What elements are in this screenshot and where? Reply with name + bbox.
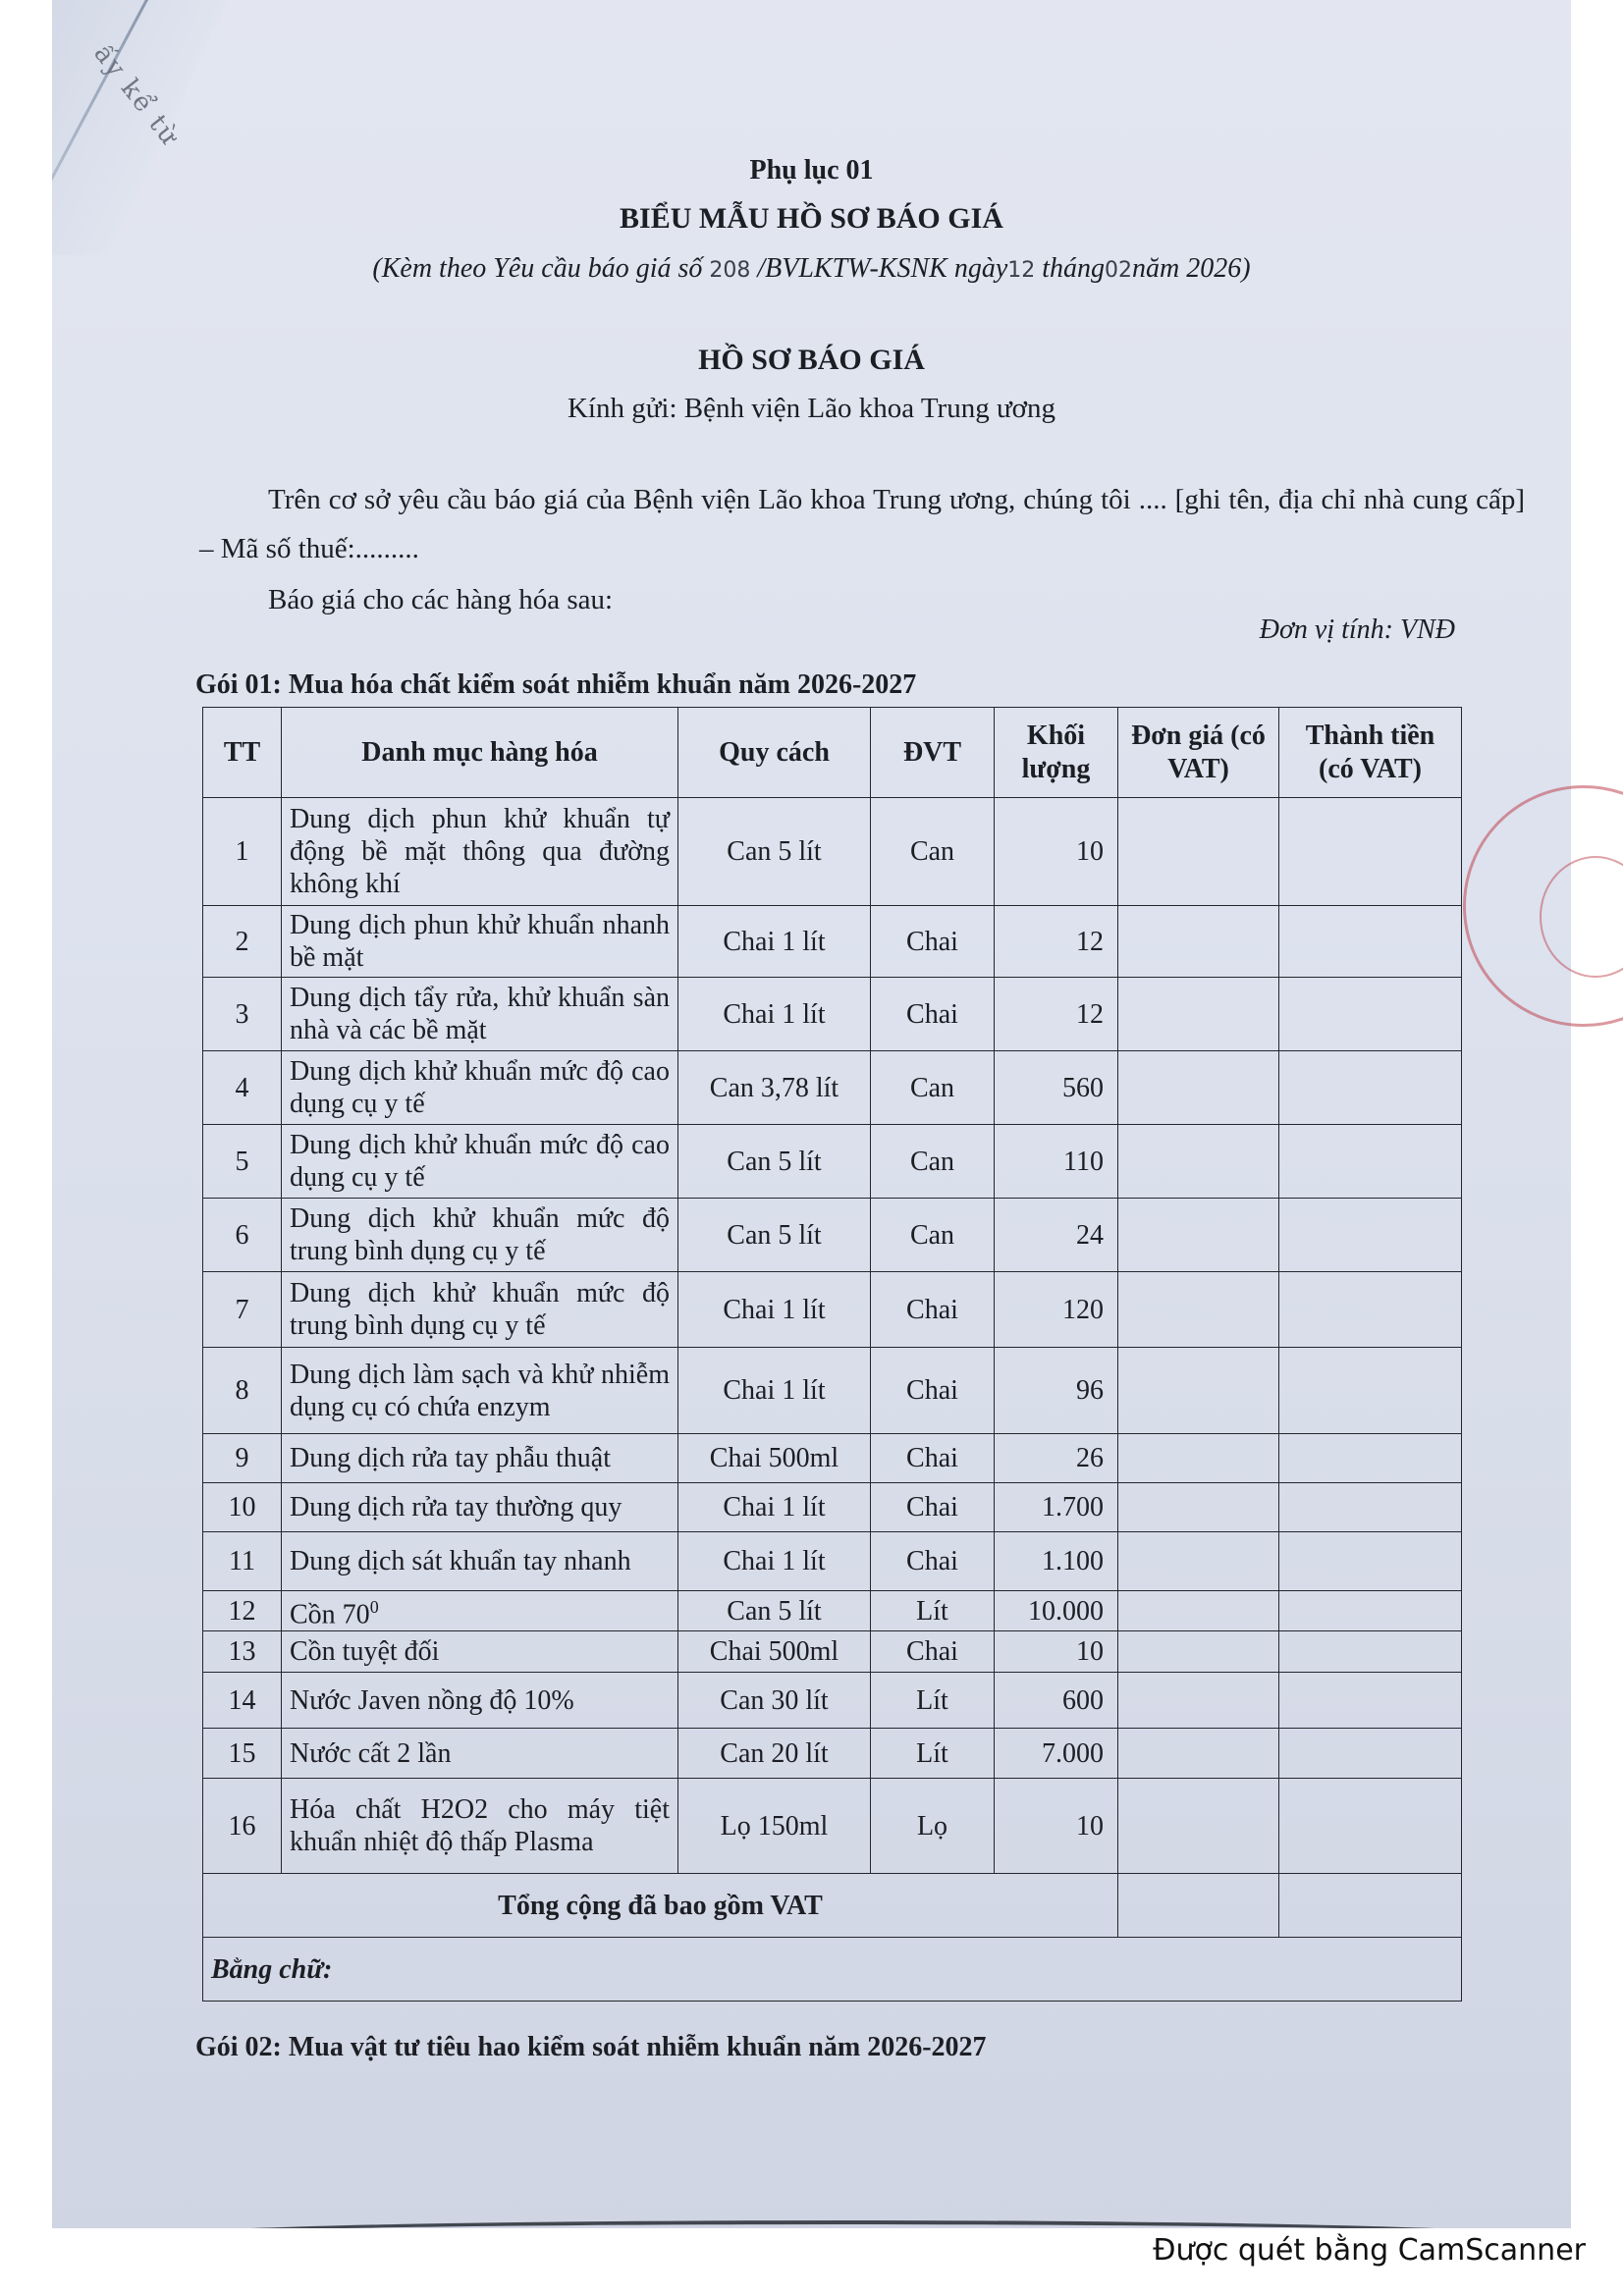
goods-name: Cồn tuyệt đối <box>282 1631 678 1673</box>
quantity: 10 <box>995 1779 1118 1874</box>
col-header-quantity: Khối lượng <box>995 708 1118 798</box>
quantity: 24 <box>995 1199 1118 1272</box>
amount-cell <box>1279 906 1462 978</box>
spec: Can 5 lít <box>678 1125 871 1199</box>
spec: Can 20 lít <box>678 1729 871 1779</box>
goods-name: Dung dịch rửa tay phẫu thuật <box>282 1434 678 1483</box>
spec: Can 30 lít <box>678 1673 871 1729</box>
request-day: 12 <box>1007 258 1035 283</box>
amount-cell <box>1279 1434 1462 1483</box>
unit-price-cell <box>1118 1125 1279 1199</box>
row-number: 5 <box>203 1125 282 1199</box>
table-row: 16Hóa chất H2O2 cho máy tiệt khuẩn nhiệt… <box>203 1779 1462 1874</box>
row-number: 2 <box>203 906 282 978</box>
spec: Can 3,78 lít <box>678 1051 871 1125</box>
spec: Can 5 lít <box>678 1591 871 1631</box>
unit: Chai <box>871 906 995 978</box>
scanned-page: ấy kể từ Phụ lục 01 BIỂU MẪU HỒ SƠ BÁO G… <box>52 0 1571 2228</box>
unit-price-cell <box>1118 1591 1279 1631</box>
unit: Chai <box>871 1348 995 1434</box>
table-row: 14Nước Javen nồng độ 10%Can 30 lítLít600 <box>203 1673 1462 1729</box>
goods-name: Dung dịch khử khuẩn mức độ cao dụng cụ y… <box>282 1051 678 1125</box>
amount-cell <box>1279 1779 1462 1874</box>
total-unit-price-cell <box>1118 1874 1279 1938</box>
unit-price-cell <box>1118 1779 1279 1874</box>
table-row: 8Dung dịch làm sạch và khử nhiễm dụng cụ… <box>203 1348 1462 1434</box>
unit: Lọ <box>871 1779 995 1874</box>
document-title: HỒ SƠ BÁO GIÁ <box>52 344 1571 377</box>
quantity: 120 <box>995 1272 1118 1348</box>
unit: Lít <box>871 1729 995 1779</box>
amount-cell <box>1279 1125 1462 1199</box>
unit: Can <box>871 1051 995 1125</box>
quantity: 10 <box>995 798 1118 906</box>
quantity: 12 <box>995 906 1118 978</box>
unit-price-cell <box>1118 1729 1279 1779</box>
spec: Lọ 150ml <box>678 1779 871 1874</box>
unit: Can <box>871 1125 995 1199</box>
amount-cell <box>1279 1673 1462 1729</box>
total-amount-cell <box>1279 1874 1462 1938</box>
unit: Lít <box>871 1591 995 1631</box>
unit: Chai <box>871 978 995 1051</box>
col-header-amount: Thành tiền (có VAT) <box>1279 708 1462 798</box>
amount-cell <box>1279 1051 1462 1125</box>
recipient-line: Kính gửi: Bệnh viện Lão khoa Trung ương <box>52 393 1571 425</box>
goods-name: Dung dịch khử khuẩn mức độ trung bình dụ… <box>282 1272 678 1348</box>
table-row: 13Cồn tuyệt đốiChai 500mlChai10 <box>203 1631 1462 1673</box>
amount-cell <box>1279 1199 1462 1272</box>
unit: Chai <box>871 1532 995 1591</box>
quantity: 10.000 <box>995 1591 1118 1631</box>
paper-bottom-edge <box>131 2220 1554 2228</box>
quantity: 10 <box>995 1631 1118 1673</box>
table-row: 9Dung dịch rửa tay phẫu thuậtChai 500mlC… <box>203 1434 1462 1483</box>
unit-price-cell <box>1118 978 1279 1051</box>
table-row: 4Dung dịch khử khuẩn mức độ cao dụng cụ … <box>203 1051 1462 1125</box>
quantity: 1.100 <box>995 1532 1118 1591</box>
in-words-row: Bằng chữ: <box>203 1938 1462 2002</box>
row-number: 1 <box>203 798 282 906</box>
form-title: BIỂU MẪU HỒ SƠ BÁO GIÁ <box>52 202 1571 236</box>
unit: Can <box>871 1199 995 1272</box>
spec: Chai 1 lít <box>678 1532 871 1591</box>
attachment-prefix: (Kèm theo Yêu cầu báo giá số <box>372 253 709 284</box>
col-header-unit-price: Đơn giá (có VAT) <box>1118 708 1279 798</box>
attachment-reference: (Kèm theo Yêu cầu báo giá số 208 /BVLKTW… <box>52 253 1571 285</box>
spec: Chai 1 lít <box>678 978 871 1051</box>
table-row: 2Dung dịch phun khử khuẩn nhanh bề mặtCh… <box>203 906 1462 978</box>
amount-cell <box>1279 1591 1462 1631</box>
goods-name: Dung dịch khử khuẩn mức độ trung bình dụ… <box>282 1199 678 1272</box>
quantity: 560 <box>995 1051 1118 1125</box>
amount-cell <box>1279 1532 1462 1591</box>
row-number: 10 <box>203 1483 282 1532</box>
goods-name: Dung dịch làm sạch và khử nhiễm dụng cụ … <box>282 1348 678 1434</box>
quantity: 110 <box>995 1125 1118 1199</box>
appendix-label: Phụ lục 01 <box>52 155 1571 187</box>
unit-price-cell <box>1118 1673 1279 1729</box>
goods-name: Dung dịch khử khuẩn mức độ cao dụng cụ y… <box>282 1125 678 1199</box>
spec: Can 5 lít <box>678 1199 871 1272</box>
row-number: 6 <box>203 1199 282 1272</box>
attachment-code: /BVLKTW-KSNK ngày <box>750 253 1007 284</box>
unit-price-cell <box>1118 1272 1279 1348</box>
quantity: 1.700 <box>995 1483 1118 1532</box>
row-number: 14 <box>203 1673 282 1729</box>
spec: Chai 1 lít <box>678 1348 871 1434</box>
col-header-spec: Quy cách <box>678 708 871 798</box>
row-number: 15 <box>203 1729 282 1779</box>
in-words-label: Bằng chữ: <box>203 1938 1462 2002</box>
unit-price-cell <box>1118 1631 1279 1673</box>
total-label: Tổng cộng đã bao gồm VAT <box>203 1874 1118 1938</box>
unit-price-cell <box>1118 1434 1279 1483</box>
row-number: 11 <box>203 1532 282 1591</box>
goods-name: Dung dịch sát khuẩn tay nhanh <box>282 1532 678 1591</box>
total-row: Tổng cộng đã bao gồm VAT <box>203 1874 1462 1938</box>
quantity: 7.000 <box>995 1729 1118 1779</box>
quantity: 26 <box>995 1434 1118 1483</box>
table-row: 11Dung dịch sát khuẩn tay nhanhChai 1 lí… <box>203 1532 1462 1591</box>
unit-price-cell <box>1118 798 1279 906</box>
unit: Chai <box>871 1272 995 1348</box>
goods-name: Nước cất 2 lần <box>282 1729 678 1779</box>
table-row: 15Nước cất 2 lầnCan 20 lítLít7.000 <box>203 1729 1462 1779</box>
col-header-tt: TT <box>203 708 282 798</box>
table-row: 6Dung dịch khử khuẩn mức độ trung bình d… <box>203 1199 1462 1272</box>
goods-name: Dung dịch phun khử khuẩn nhanh bề mặt <box>282 906 678 978</box>
unit-price-cell <box>1118 906 1279 978</box>
unit: Chai <box>871 1483 995 1532</box>
package2-title: Gói 02: Mua vật tư tiêu hao kiểm soát nh… <box>195 2032 987 2063</box>
quotation-table: TT Danh mục hàng hóa Quy cách ĐVT Khối l… <box>202 707 1462 2002</box>
request-number: 208 <box>709 258 750 283</box>
amount-cell <box>1279 1729 1462 1779</box>
col-header-goods: Danh mục hàng hóa <box>282 708 678 798</box>
degree-superscript: 0 <box>370 1597 379 1617</box>
row-number: 3 <box>203 978 282 1051</box>
goods-name: Nước Javen nồng độ 10% <box>282 1673 678 1729</box>
row-number: 12 <box>203 1591 282 1631</box>
goods-name: Cồn 700 <box>282 1591 678 1631</box>
unit-price-cell <box>1118 1532 1279 1591</box>
intro-paragraph: Trên cơ sở yêu cầu báo giá của Bệnh viện… <box>199 475 1525 573</box>
goods-name: Dung dịch tẩy rửa, khử khuẩn sàn nhà và … <box>282 978 678 1051</box>
row-number: 7 <box>203 1272 282 1348</box>
col-header-unit: ĐVT <box>871 708 995 798</box>
amount-cell <box>1279 1272 1462 1348</box>
amount-cell <box>1279 1631 1462 1673</box>
goods-name: Dung dịch rửa tay thường quy <box>282 1483 678 1532</box>
spec: Chai 1 lít <box>678 1483 871 1532</box>
quantity: 12 <box>995 978 1118 1051</box>
amount-cell <box>1279 798 1462 906</box>
spec: Chai 1 lít <box>678 906 871 978</box>
unit-price-cell <box>1118 1483 1279 1532</box>
row-number: 16 <box>203 1779 282 1874</box>
unit: Chai <box>871 1434 995 1483</box>
unit-price-cell <box>1118 1199 1279 1272</box>
row-number: 13 <box>203 1631 282 1673</box>
spec: Can 5 lít <box>678 798 871 906</box>
unit-price-cell <box>1118 1348 1279 1434</box>
table-row: 10Dung dịch rửa tay thường quyChai 1 lít… <box>203 1483 1462 1532</box>
row-number: 4 <box>203 1051 282 1125</box>
table-row: 12Cồn 700Can 5 lítLít10.000 <box>203 1591 1462 1631</box>
amount-cell <box>1279 1348 1462 1434</box>
goods-name: Dung dịch phun khử khuẩn tự động bề mặt … <box>282 798 678 906</box>
unit: Chai <box>871 1631 995 1673</box>
quantity: 600 <box>995 1673 1118 1729</box>
goods-name: Hóa chất H2O2 cho máy tiệt khuẩn nhiệt đ… <box>282 1779 678 1874</box>
spec: Chai 500ml <box>678 1434 871 1483</box>
amount-cell <box>1279 1483 1462 1532</box>
table-header-row: TT Danh mục hàng hóa Quy cách ĐVT Khối l… <box>203 708 1462 798</box>
table-row: 7Dung dịch khử khuẩn mức độ trung bình d… <box>203 1272 1462 1348</box>
table-row: 5Dung dịch khử khuẩn mức độ cao dụng cụ … <box>203 1125 1462 1199</box>
quantity: 96 <box>995 1348 1118 1434</box>
unit: Can <box>871 798 995 906</box>
table-row: 3Dung dịch tẩy rửa, khử khuẩn sàn nhà và… <box>203 978 1462 1051</box>
package1-title: Gói 01: Mua hóa chất kiểm soát nhiễm khu… <box>195 669 916 701</box>
unit-price-cell <box>1118 1051 1279 1125</box>
row-number: 8 <box>203 1348 282 1434</box>
row-number: 9 <box>203 1434 282 1483</box>
spec: Chai 500ml <box>678 1631 871 1673</box>
request-month: 02 <box>1105 258 1132 283</box>
year-suffix: năm 2026) <box>1132 253 1251 284</box>
month-label: tháng <box>1035 253 1105 284</box>
camscanner-watermark: Được quét bằng CamScanner <box>1153 2233 1586 2268</box>
spec: Chai 1 lít <box>678 1272 871 1348</box>
table-row: 1Dung dịch phun khử khuẩn tự động bề mặt… <box>203 798 1462 906</box>
amount-cell <box>1279 978 1462 1051</box>
unit: Lít <box>871 1673 995 1729</box>
currency-unit: Đơn vị tính: VNĐ <box>1260 614 1455 646</box>
